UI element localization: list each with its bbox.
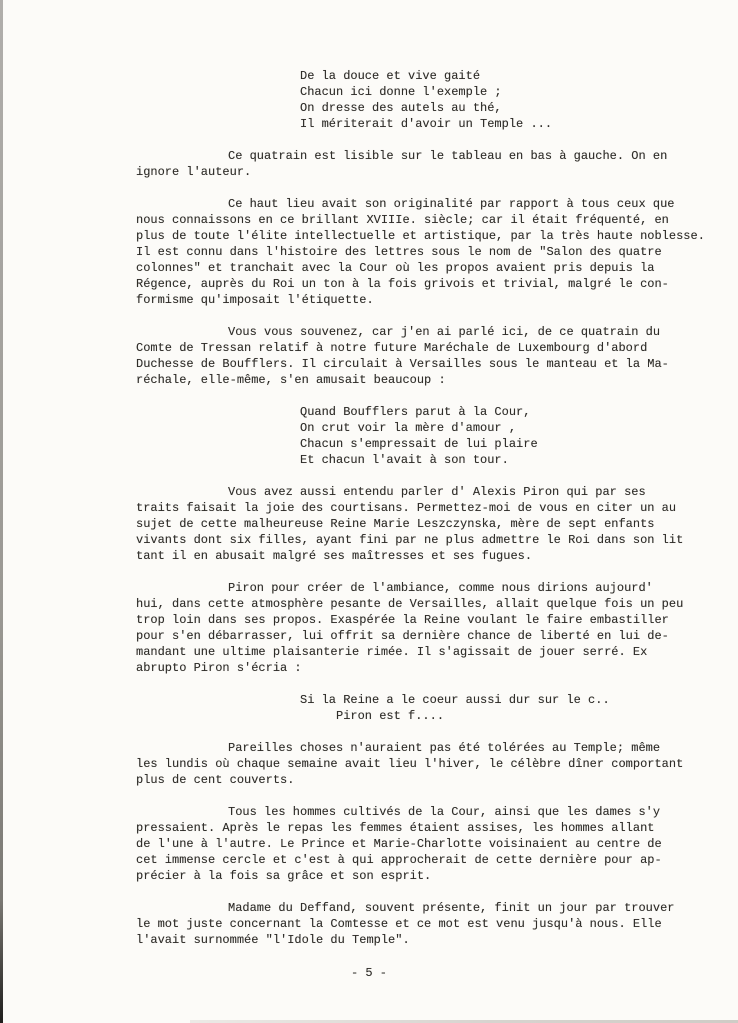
text-line: De la douce et vive gaité <box>300 68 714 84</box>
text-line: le mot juste concernant la Comtesse et c… <box>136 916 714 932</box>
scan-left-edge-artifact <box>0 0 3 1023</box>
text-line: plus de toute l'élite intellectuelle et … <box>136 228 714 244</box>
paragraph: Ce quatrain est lisible sur le tableau e… <box>136 148 714 180</box>
text-line: Il mériterait d'avoir un Temple ... <box>300 116 714 132</box>
verse-block: De la douce et vive gaitéChacun ici donn… <box>300 68 714 132</box>
paragraph: Vous vous souvenez, car j'en ai parlé ic… <box>136 324 714 388</box>
text-line: pressaient. Après le repas les femmes ét… <box>136 820 714 836</box>
text-line: Piron est f.... <box>300 708 714 724</box>
paragraph: Tous les hommes cultivés de la Cour, ain… <box>136 804 714 884</box>
text-line: sujet de cette malheureuse Reine Marie L… <box>136 516 714 532</box>
text-line: l'avait surnommée "l'Idole du Temple". <box>136 932 714 948</box>
text-line: colonnes" et tranchait avec la Cour où l… <box>136 260 714 276</box>
text-line: nous connaissons en ce brillant XVIIIe. … <box>136 212 714 228</box>
text-line: pour s'en débarrasser, lui offrit sa der… <box>136 628 714 644</box>
paragraph: Vous avez aussi entendu parler d' Alexis… <box>136 484 714 564</box>
text-line: Pareilles choses n'auraient pas été tolé… <box>136 740 714 756</box>
text-line: Tous les hommes cultivés de la Cour, ain… <box>136 804 714 820</box>
text-line: Chacun ici donne l'exemple ; <box>300 84 714 100</box>
text-line: plus de cent couverts. <box>136 772 714 788</box>
text-line: ignore l'auteur. <box>136 164 714 180</box>
text-line: Ce quatrain est lisible sur le tableau e… <box>136 148 714 164</box>
text-line: de l'une à l'autre. Le Prince et Marie-C… <box>136 836 714 852</box>
paragraph: Pareilles choses n'auraient pas été tolé… <box>136 740 714 788</box>
text-line: abrupto Piron s'écria : <box>136 660 714 676</box>
verse-block: Si la Reine a le coeur aussi dur sur le … <box>300 692 714 724</box>
text-line: cet immense cercle et c'est à qui approc… <box>136 852 714 868</box>
text-line: réchale, elle-même, s'en amusait beaucou… <box>136 372 714 388</box>
text-line: Si la Reine a le coeur aussi dur sur le … <box>300 692 714 708</box>
paragraph: Piron pour créer de l'ambiance, comme no… <box>136 580 714 676</box>
paragraph: Madame du Deffand, souvent présente, fin… <box>136 900 714 948</box>
text-line: Madame du Deffand, souvent présente, fin… <box>136 900 714 916</box>
text-line: Régence, auprès du Roi un ton à la fois … <box>136 276 714 292</box>
page-content: De la douce et vive gaitéChacun ici donn… <box>136 68 714 981</box>
text-line: les lundis où chaque semaine avait lieu … <box>136 756 714 772</box>
text-line: hui, dans cette atmosphère pesante de Ve… <box>136 596 714 612</box>
text-line: formisme qu'imposait l'étiquette. <box>136 292 714 308</box>
text-line: mandant une ultime plaisanterie rimée. I… <box>136 644 714 660</box>
text-line: trop loin dans ses propos. Exaspérée la … <box>136 612 714 628</box>
text-line: Il est connu dans l'histoire des lettres… <box>136 244 714 260</box>
text-line: traits faisait la joie des courtisans. P… <box>136 500 714 516</box>
text-line: Ce haut lieu avait son originalité par r… <box>136 196 714 212</box>
text-line: Vous vous souvenez, car j'en ai parlé ic… <box>136 324 714 340</box>
text-line: Chacun s'empressait de lui plaire <box>300 436 714 452</box>
text-line: Duchesse de Boufflers. Il circulait à Ve… <box>136 356 714 372</box>
text-line: On dresse des autels au thé, <box>300 100 714 116</box>
text-line: précier à la fois sa grâce et son esprit… <box>136 868 714 884</box>
text-line: vivants dont six filles, ayant fini par … <box>136 532 714 548</box>
text-line: Comte de Tressan relatif à notre future … <box>136 340 714 356</box>
text-line: tant il en abusait malgré ses maîtresses… <box>136 548 714 564</box>
page-number: - 5 - <box>0 965 738 981</box>
text-line: Et chacun l'avait à son tour. <box>300 452 714 468</box>
paragraph: Ce haut lieu avait son originalité par r… <box>136 196 714 308</box>
scanned-document-page: De la douce et vive gaitéChacun ici donn… <box>0 0 738 1023</box>
text-line: On crut voir la mère d'amour , <box>300 420 714 436</box>
verse-block: Quand Boufflers parut à la Cour,On crut … <box>300 404 714 468</box>
text-line: Vous avez aussi entendu parler d' Alexis… <box>136 484 714 500</box>
text-line: Piron pour créer de l'ambiance, comme no… <box>136 580 714 596</box>
text-line: Quand Boufflers parut à la Cour, <box>300 404 714 420</box>
